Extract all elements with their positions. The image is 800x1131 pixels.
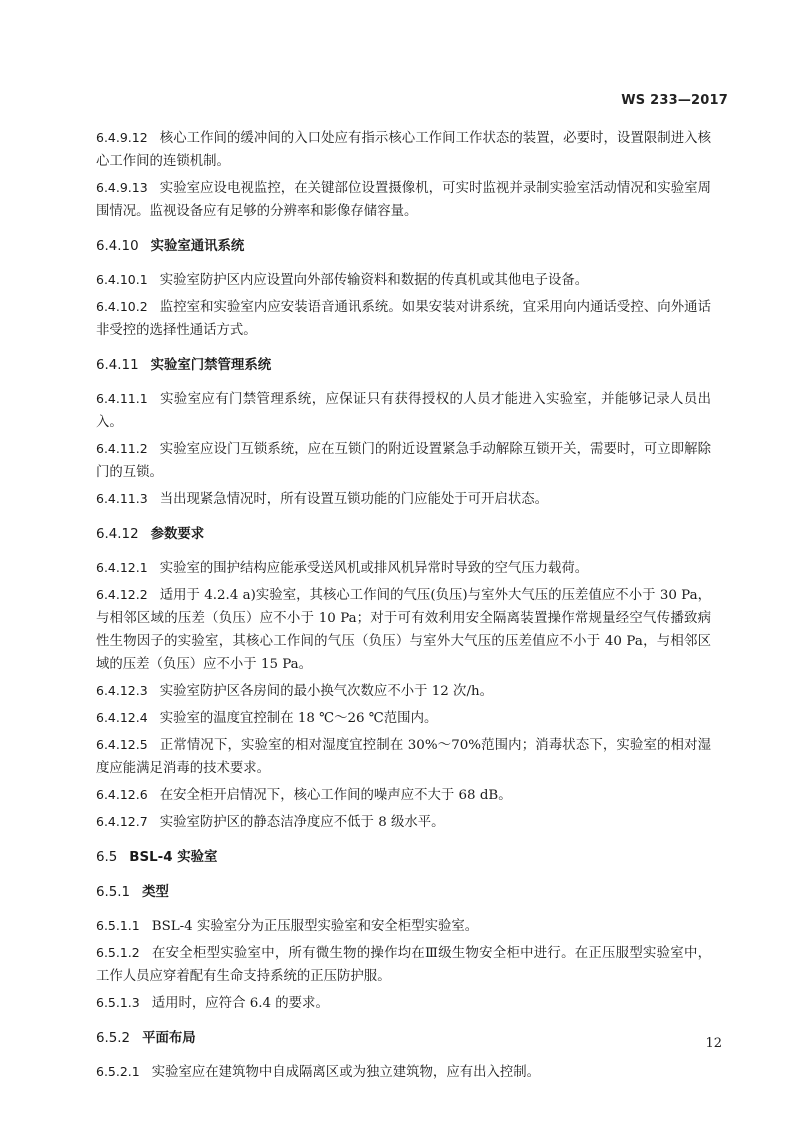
section-number: 6.4.11	[96, 358, 139, 373]
clause-6-4-12-4: 6.4.12.4实验室的温度宜控制在 18 ℃～26 ℃范围内。	[96, 706, 711, 730]
section-number: 6.5.1	[96, 885, 130, 900]
section-heading-6-4-12: 6.4.12参数要求	[96, 523, 711, 546]
section-title: 实验室门禁管理系统	[151, 358, 272, 373]
section-title: BSL-4 实验室	[129, 850, 217, 865]
clause-6-4-12-1: 6.4.12.1实验室的围护结构应能承受送风机或排风机异常时导致的空气压力载荷。	[96, 556, 711, 580]
standard-code-header: WS 233—2017	[621, 93, 728, 108]
clause-text: 在安全柜开启情况下，核心工作间的噪声应不大于 68 dB。	[160, 788, 512, 803]
clause-6-5-1-2: 6.5.1.2在安全柜型实验室中，所有微生物的操作均在Ⅲ级生物安全柜中进行。在正…	[96, 941, 711, 988]
section-title: 实验室通讯系统	[151, 239, 245, 254]
clause-number: 6.4.11.1	[96, 391, 148, 406]
clause-number: 6.4.10.1	[96, 272, 148, 287]
section-number: 6.4.12	[96, 527, 139, 542]
clause-number: 6.4.12.2	[96, 587, 148, 602]
clause-6-5-1-1: 6.5.1.1BSL-4 实验室分为正压服型实验室和安全柜型实验室。	[96, 914, 711, 938]
clause-number: 6.4.12.1	[96, 560, 148, 575]
section-number: 6.5	[96, 850, 117, 865]
clause-text: 实验室应设门互锁系统，应在互锁门的附近设置紧急手动解除互锁开关，需要时，可立即解…	[96, 442, 711, 480]
clause-6-4-11-1: 6.4.11.1实验室应有门禁管理系统，应保证只有获得授权的人员才能进入实验室，…	[96, 387, 711, 434]
clause-text: 核心工作间的缓冲间的入口处应有指示核心工作间工作状态的装置，必要时，设置限制进入…	[96, 131, 711, 169]
clause-number: 6.4.12.6	[96, 787, 148, 802]
clause-number: 6.5.2.1	[96, 1064, 140, 1079]
section-title: 类型	[142, 885, 169, 900]
clause-number: 6.4.9.13	[96, 180, 148, 195]
clause-number: 6.4.12.7	[96, 814, 148, 829]
clause-number: 6.5.1.2	[96, 945, 140, 960]
clause-text: 实验室应在建筑物中自成隔离区或为独立建筑物，应有出入控制。	[152, 1065, 540, 1080]
clause-6-4-12-2: 6.4.12.2适用于 4.2.4 a)实验室，其核心工作间的气压(负压)与室外…	[96, 583, 711, 676]
clause-text: BSL-4 实验室分为正压服型实验室和安全柜型实验室。	[152, 919, 478, 934]
section-heading-6-5: 6.5BSL-4 实验室	[96, 846, 711, 869]
clause-6-4-9-12: 6.4.9.12核心工作间的缓冲间的入口处应有指示核心工作间工作状态的装置，必要…	[96, 126, 711, 173]
clause-6-4-12-5: 6.4.12.5正常情况下，实验室的相对湿度宜控制在 30%～70%范围内；消毒…	[96, 733, 711, 780]
clause-text: 在安全柜型实验室中，所有微生物的操作均在Ⅲ级生物安全柜中进行。在正压服型实验室中…	[96, 946, 711, 984]
section-title: 平面布局	[142, 1031, 196, 1046]
clause-6-4-10-2: 6.4.10.2监控室和实验室内应安装语音通讯系统。如果安装对讲系统，宜采用向内…	[96, 295, 711, 342]
clause-text: 正常情况下，实验室的相对湿度宜控制在 30%～70%范围内；消毒状态下，实验室的…	[96, 738, 711, 776]
clause-text: 适用于 4.2.4 a)实验室，其核心工作间的气压(负压)与室外大气压的压差值应…	[96, 588, 711, 672]
clause-6-4-11-2: 6.4.11.2实验室应设门互锁系统，应在互锁门的附近设置紧急手动解除互锁开关，…	[96, 437, 711, 484]
clause-text: 实验室应有门禁管理系统，应保证只有获得授权的人员才能进入实验室，并能够记录人员出…	[96, 392, 711, 430]
clause-text: 实验室防护区内应设置向外部传输资料和数据的传真机或其他电子设备。	[160, 273, 589, 288]
clause-6-5-2-1: 6.5.2.1实验室应在建筑物中自成隔离区或为独立建筑物，应有出入控制。	[96, 1060, 711, 1084]
section-heading-6-5-2: 6.5.2平面布局	[96, 1027, 711, 1050]
clause-number: 6.4.10.2	[96, 299, 148, 314]
clause-6-4-12-3: 6.4.12.3实验室防护区各房间的最小换气次数应不小于 12 次/h。	[96, 679, 711, 703]
section-number: 6.4.10	[96, 239, 139, 254]
section-heading-6-4-10: 6.4.10实验室通讯系统	[96, 235, 711, 258]
clause-number: 6.4.12.5	[96, 737, 148, 752]
clause-6-4-12-7: 6.4.12.7实验室防护区的静态洁净度应不低于 8 级水平。	[96, 810, 711, 834]
clause-text: 实验室的围护结构应能承受送风机或排风机异常时导致的空气压力载荷。	[160, 561, 589, 576]
clause-number: 6.4.12.4	[96, 710, 148, 725]
clause-text: 监控室和实验室内应安装语音通讯系统。如果安装对讲系统，宜采用向内通话受控、向外通…	[96, 300, 711, 338]
clause-text: 实验室的温度宜控制在 18 ℃～26 ℃范围内。	[160, 711, 438, 726]
clause-number: 6.4.9.12	[96, 130, 148, 145]
clause-6-4-9-13: 6.4.9.13实验室应设电视监控，在关键部位设置摄像机，可实时监视并录制实验室…	[96, 176, 711, 223]
document-body: 6.4.9.12核心工作间的缓冲间的入口处应有指示核心工作间工作状态的装置，必要…	[96, 126, 711, 1087]
clause-6-4-10-1: 6.4.10.1实验室防护区内应设置向外部传输资料和数据的传真机或其他电子设备。	[96, 268, 711, 292]
clause-number: 6.4.11.3	[96, 491, 148, 506]
page-number: 12	[705, 1036, 722, 1051]
clause-text: 实验室应设电视监控，在关键部位设置摄像机，可实时监视并录制实验室活动情况和实验室…	[96, 181, 711, 219]
clause-number: 6.4.11.2	[96, 441, 148, 456]
clause-number: 6.5.1.3	[96, 995, 140, 1010]
section-title: 参数要求	[151, 527, 205, 542]
clause-text: 实验室防护区的静态洁净度应不低于 8 级水平。	[160, 815, 445, 830]
clause-6-4-11-3: 6.4.11.3当出现紧急情况时，所有设置互锁功能的门应能处于可开启状态。	[96, 487, 711, 511]
section-heading-6-5-1: 6.5.1类型	[96, 881, 711, 904]
clause-text: 实验室防护区各房间的最小换气次数应不小于 12 次/h。	[160, 684, 493, 699]
clause-6-4-12-6: 6.4.12.6在安全柜开启情况下，核心工作间的噪声应不大于 68 dB。	[96, 783, 711, 807]
clause-text: 适用时，应符合 6.4 的要求。	[152, 996, 329, 1011]
section-heading-6-4-11: 6.4.11实验室门禁管理系统	[96, 354, 711, 377]
clause-number: 6.5.1.1	[96, 918, 140, 933]
clause-number: 6.4.12.3	[96, 683, 148, 698]
clause-text: 当出现紧急情况时，所有设置互锁功能的门应能处于可开启状态。	[160, 492, 548, 507]
clause-6-5-1-3: 6.5.1.3适用时，应符合 6.4 的要求。	[96, 991, 711, 1015]
section-number: 6.5.2	[96, 1031, 130, 1046]
